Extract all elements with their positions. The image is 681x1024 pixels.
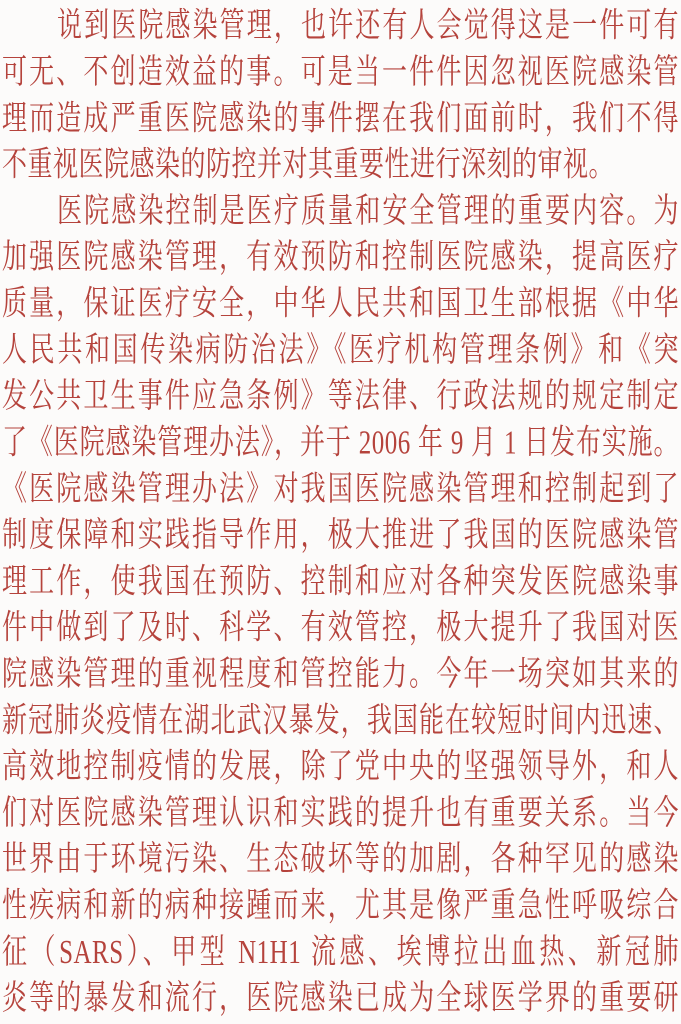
text-line: 加强医院感染管理，有效预防和控制医院感染，提高医疗 [2,236,679,282]
text-line: 理工作，使我国在预防、控制和应对各种突发医院感染事 [2,560,679,606]
text-line: 医院感染控制是医疗质量和安全管理的重要内容。为 [2,189,679,235]
text-line: 世界由于环境污染、生态破坏等的加剧，各种罕见的感染 [2,838,679,884]
text-line: 新冠肺炎疫情在湖北武汉暴发，我国能在较短时间内迅速、 [2,699,679,745]
text-line: 不重视医院感染的防控并对其重要性进行深刻的审视。 [2,143,679,189]
text-line: 性疾病和新的病种接踵而来，尤其是像严重急性呼吸综合 [2,884,679,930]
text-line: 人民共和国传染病防治法》《医疗机构管理条例》和《突 [2,328,679,374]
text-line: 质量，保证医疗安全，中华人民共和国卫生部根据《中华 [2,282,679,328]
text-line: 高效地控制疫情的发展，除了党中央的坚强领导外，和人 [2,745,679,791]
text-line: 了《医院感染管理办法》，并于 2006 年 9 月 1 日发布实施。 [2,421,679,467]
text-line: 件中做到了及时、科学、有效管控，极大提升了我国对医 [2,606,679,652]
text-line: 理而造成严重医院感染的事件摆在我们面前时，我们不得 [2,97,679,143]
text-line: 可无、不创造效益的事。可是当一件件因忽视医院感染管 [2,50,679,96]
text-line: 说到医院感染管理，也许还有人会觉得这是一件可有 [2,4,679,50]
text-line: 炎等的暴发和流行，医院感染已成为全球医学界的重要研 [2,976,679,1022]
page-text: 说到医院感染管理，也许还有人会觉得这是一件可有可无、不创造效益的事。可是当一件件… [2,4,679,1023]
text-line: 发公共卫生事件应急条例》等法律、行政法规的规定制定 [2,374,679,420]
text-line: 们对医院感染管理认识和实践的提升也有重要关系。当今 [2,791,679,837]
document-page: 说到医院感染管理，也许还有人会觉得这是一件可有可无、不创造效益的事。可是当一件件… [0,0,681,1024]
text-line: 《医院感染管理办法》对我国医院感染管理和控制起到了 [2,467,679,513]
text-line: 征（SARS）、甲型 N1H1 流感、埃博拉出血热、新冠肺 [2,930,679,976]
text-line: 制度保障和实践指导作用，极大推进了我国的医院感染管 [2,513,679,559]
text-line: 院感染管理的重视程度和管控能力。今年一场突如其来的 [2,652,679,698]
